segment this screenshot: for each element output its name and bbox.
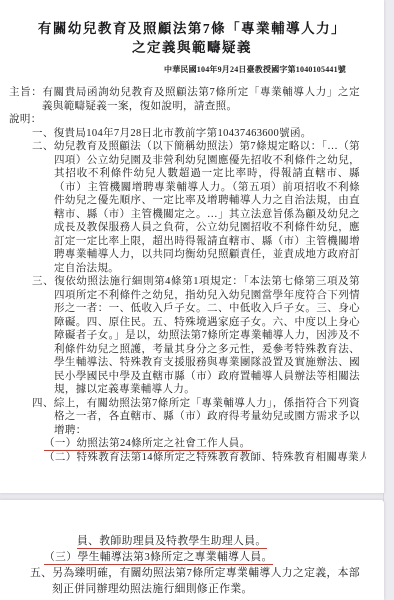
item-3-marker: 三、 bbox=[32, 276, 54, 287]
document-body: 主旨：有關貴局函詢幼兒教育及照顧法第7條所定「專業輔導人力」之定義與範疇疑義一案… bbox=[0, 86, 384, 464]
sub-item-2-continuation-line: 員、教師助理員及特教學生助理人員。 bbox=[77, 533, 366, 549]
issue-date-number: 中華民國104年9月24日臺教授國字第1040105441號 bbox=[0, 64, 384, 75]
document-title-line-1: 有關幼兒教育及照顧法第7條「專業輔導人力」 bbox=[0, 19, 384, 38]
item-5-marker: 五、 bbox=[30, 567, 52, 579]
document-page-2: 員、教師助理員及特教學生助理人員。 （三）學生輔導法第3條所定之專業輔導人員。 … bbox=[0, 500, 384, 600]
item-4-marker: 四、 bbox=[32, 398, 54, 409]
sub-item-2-first-line: （二）特殊教育法第14條所定之特殊教育教師、特殊教育相關專業人 bbox=[44, 451, 366, 465]
sub-item-3-text-red-underlined: （三）學生輔導法第3條所定之專業輔導人員。 bbox=[44, 551, 273, 565]
item-3-text: 復依幼照法施行細則第4條第1項規定：「本法第七條第三項及第四項所定不利條件之幼兒… bbox=[54, 276, 360, 395]
document-title: 有關幼兒教育及照顧法第7條「專業輔導人力」 之定義與範疇疑義 bbox=[0, 0, 384, 57]
sub-item-2-text-red-underlined: （二）特殊教育法第14條所定之特殊教育教師、特殊教育相關專業人 bbox=[44, 452, 366, 465]
document-page-1: 有關幼兒教育及照顧法第7條「專業輔導人力」 之定義與範疇疑義 中華民國104年9… bbox=[0, 0, 384, 493]
item-2-marker: 二、 bbox=[32, 141, 54, 152]
subject-paragraph: 主旨：有關貴局函詢幼兒教育及照顧法第7條所定「專業輔導人力」之定義與範疇疑義一案… bbox=[9, 86, 360, 113]
sub-item-1: （一）幼照法第24條所定之社會工作人員。 bbox=[44, 437, 366, 451]
sub-item-2-continuation-red-underlined: 員、教師助理員及特教學生助理人員。 bbox=[77, 535, 267, 549]
viewer-background-gutter bbox=[383, 0, 394, 600]
document-viewer: 有關幼兒教育及照顧法第7條「專業輔導人力」 之定義與範疇疑義 中華民國104年9… bbox=[0, 0, 394, 600]
item-1-text: 復貴局104年7月28日北市教前字第10437463600號函。 bbox=[54, 128, 312, 139]
explanation-label: 說明： bbox=[9, 113, 384, 127]
subject-label: 主旨： bbox=[9, 87, 42, 98]
explanation-item-2: 二、幼兒教育及照顧法（以下簡稱幼照法）第7條規定略以：「…（第四項）公立幼兒園及… bbox=[32, 140, 360, 275]
item-4-text: 綜上，有關幼照法第7條所定「專業輔導人力」，係指符合下列資格之一者，各直轄市、縣… bbox=[54, 398, 360, 436]
explanation-item-5: 五、另為臻明確，有關幼照法第7條所定專業輔導人力之定義，本部刻正併同辦理幼照法施… bbox=[30, 565, 360, 597]
explanation-item-4: 四、綜上，有關幼照法第7條所定「專業輔導人力」，係指符合下列資格之一者，各直轄市… bbox=[32, 397, 360, 438]
item-5-text: 另為臻明確，有關幼照法第7條所定專業輔導人力之定義，本部刻正併同辦理幼照法施行細… bbox=[52, 567, 360, 595]
subject-text: 有關貴局函詢幼兒教育及照顧法第7條所定「專業輔導人力」之定義與範疇疑義一案，復如… bbox=[42, 87, 360, 112]
explanation-item-3: 三、復依幼照法施行細則第4條第1項規定：「本法第七條第三項及第四項所定不利條件之… bbox=[32, 275, 360, 397]
explanation-item-1: 一、復貴局104年7月28日北市教前字第10437463600號函。 bbox=[32, 127, 360, 141]
item-2-text: 幼兒教育及照顧法（以下簡稱幼照法）第7條規定略以：「…（第四項）公立幼兒園及非營… bbox=[54, 141, 360, 274]
document-title-line-2: 之定義與範疇疑義 bbox=[0, 38, 384, 57]
sub-item-3: （三）學生輔導法第3條所定之專業輔導人員。 bbox=[44, 549, 366, 565]
sub-item-1-text-red-underlined: （一）幼照法第24條所定之社會工作人員。 bbox=[44, 438, 251, 451]
item-1-marker: 一、 bbox=[32, 128, 54, 139]
document-body-continued: 員、教師助理員及特教學生助理人員。 （三）學生輔導法第3條所定之專業輔導人員。 … bbox=[0, 500, 384, 597]
